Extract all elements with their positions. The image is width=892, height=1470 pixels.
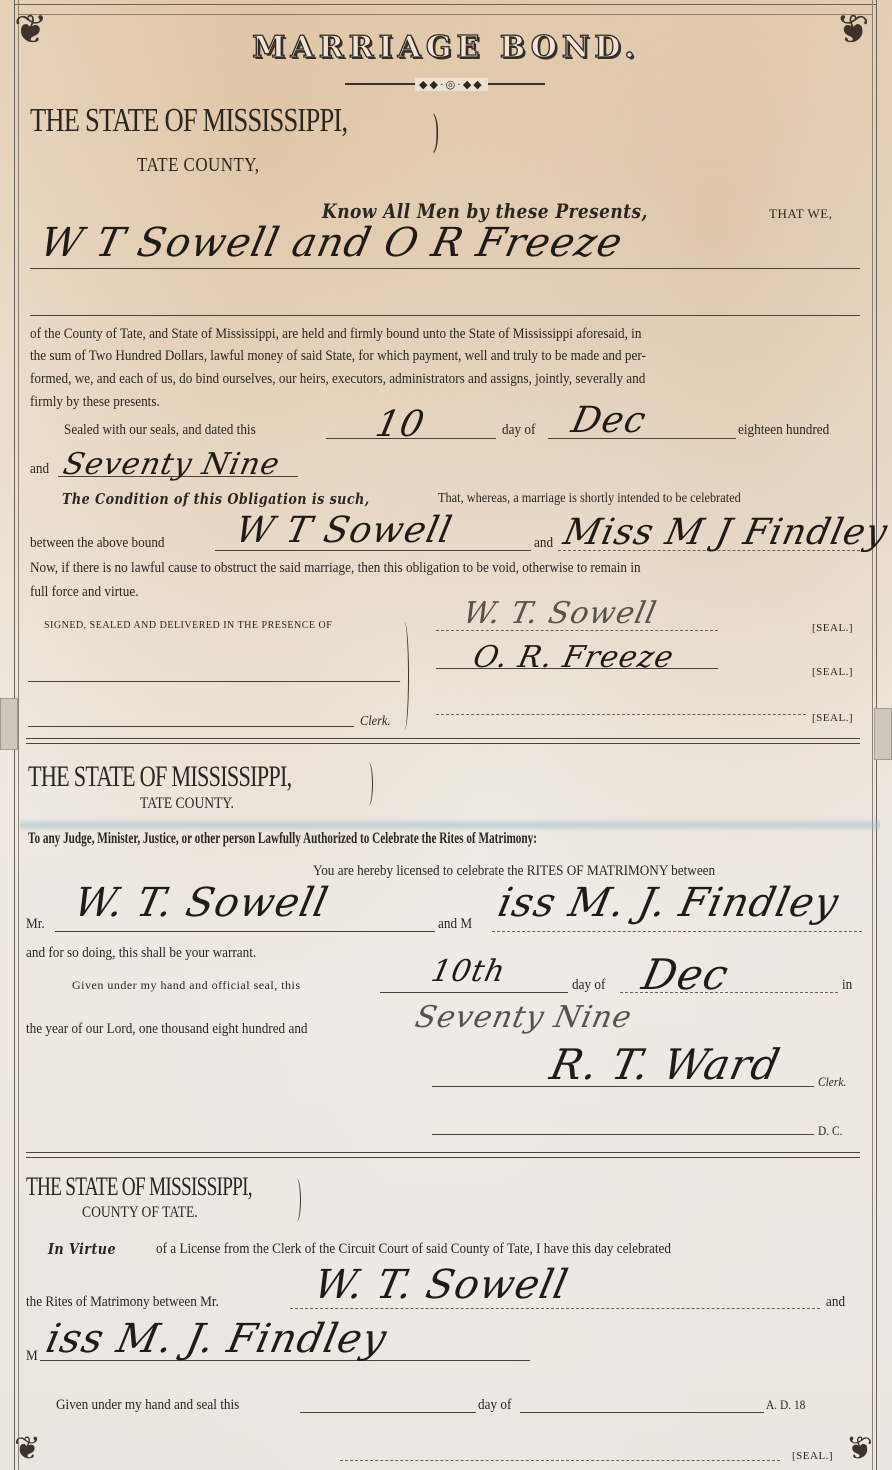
brace-icon [364, 762, 373, 806]
fold-tab [0, 698, 18, 750]
bond-state-heading: THE STATE OF MISSISSIPPI, [30, 102, 347, 140]
license-address: To any Judge, Minister, Justice, or othe… [28, 830, 537, 848]
and-label: and [30, 461, 49, 478]
virtue-text: of a License from the Clerk of the Circu… [156, 1241, 671, 1258]
border-right-inner [872, 0, 873, 1470]
brace-icon: ) [433, 104, 439, 155]
license-county: TATE COUNTY. [140, 795, 234, 813]
license-state-heading: THE STATE OF MISSISSIPPI, [28, 760, 291, 794]
condition-heading: The Condition of this Obligation is such… [62, 490, 370, 508]
that-we-label: THAT WE, [769, 206, 832, 222]
void-line: full force and virtue. [30, 584, 138, 601]
void-line: Now, if there is no lawful cause to obst… [30, 560, 641, 577]
bond-paragraph-line: the sum of Two Hundred Dollars, lawful m… [30, 348, 646, 365]
between-label: between the above bound [30, 535, 165, 552]
clerk-label: Clerk. [818, 1074, 846, 1090]
in-label: in [842, 977, 852, 994]
document-title: MARRIAGE BOND. [0, 30, 892, 65]
brace-icon [400, 622, 409, 730]
obligors-handwritten: W T Sowell and O R Freeze [36, 220, 627, 266]
in-virtue-heading: In Virtue [48, 1240, 116, 1258]
day-line [380, 992, 568, 993]
border-left-inner [18, 0, 19, 1470]
ad-label: A. D. 18 [766, 1397, 805, 1413]
groom-line [290, 1308, 820, 1309]
given-prefix: Given under my hand and official seal, t… [72, 978, 301, 993]
signature-freeze: O. R. Freeze [470, 640, 677, 675]
signature-line [340, 1460, 780, 1461]
license-day-value: 10th [428, 954, 509, 989]
month-line [520, 1412, 764, 1413]
bond-year-value: Seventy Nine [60, 447, 283, 482]
border-top-inner [18, 14, 872, 15]
floral-corner-ornament-icon: ❦ [846, 1432, 873, 1464]
day-of-label: day of [478, 1397, 511, 1414]
day-of-label: day of [502, 422, 535, 439]
license-bride-value: iss M. J. Findley [494, 880, 843, 926]
year-prefix: the year of our Lord, one thousand eight… [26, 1021, 308, 1038]
m-label: M [26, 1348, 38, 1365]
title-flourish-icon: ◆◆·◎·◆◆ [415, 78, 488, 91]
section-divider [26, 738, 860, 744]
obligors-line-2 [30, 315, 860, 316]
bond-county: TATE COUNTY, [137, 154, 259, 177]
mr-label: Mr. [26, 916, 45, 933]
day-of-label: day of [572, 977, 605, 994]
bond-groom-value: W T Sowell [232, 510, 456, 551]
dc-label: D. C. [818, 1123, 842, 1139]
license-month-value: Dec [638, 950, 733, 999]
rites-label: the Rites of Matrimony between Mr. [26, 1294, 219, 1311]
signed-sealed-label: SIGNED, SEALED AND DELIVERED IN THE PRES… [44, 620, 332, 631]
certificate-groom-value: W. T. Sowell [310, 1262, 573, 1308]
seal-label: [SEAL.] [812, 622, 853, 634]
certificate-state-heading: THE STATE OF MISSISSIPPI, [26, 1172, 252, 1202]
bond-paragraph-line: of the County of Tate, and State of Miss… [30, 326, 641, 343]
license-groom-value: W. T. Sowell [70, 880, 333, 926]
eighteen-hundred-label: eighteen hundred [738, 422, 829, 439]
seal-label: [SEAL.] [812, 666, 853, 678]
seal-label: [SEAL.] [812, 712, 853, 724]
section-divider [26, 1152, 860, 1158]
deputy-clerk-line [432, 1134, 814, 1135]
clerk-line [28, 726, 354, 727]
clerk-signature: R. T. Ward [546, 1040, 785, 1089]
certificate-county: COUNTY OF TATE. [82, 1204, 198, 1222]
condition-text: That, whereas, a marriage is shortly int… [438, 491, 741, 507]
sealed-prefix: Sealed with our seals, and dated this [64, 422, 256, 439]
given-prefix: Given under my hand and seal this [56, 1397, 239, 1414]
license-year-value: Seventy Nine [412, 1000, 635, 1035]
fold-tab [874, 708, 892, 760]
seal-label: [SEAL.] [792, 1450, 833, 1462]
bond-bride-value: Miss M J Findley [560, 512, 892, 553]
bond-month-value: Dec [568, 400, 650, 441]
bond-paragraph-line: firmly by these presents. [30, 394, 160, 411]
border-top [14, 4, 876, 5]
obligors-line [30, 268, 860, 269]
signature-line [436, 714, 806, 715]
floral-corner-ornament-icon: ❦ [14, 1432, 41, 1464]
day-line [300, 1412, 476, 1413]
signature-sowell: W. T. Sowell [460, 596, 660, 631]
groom-line [55, 931, 435, 932]
bond-paragraph-line: formed, we, and each of us, do bind ours… [30, 371, 645, 388]
witness-line [28, 681, 400, 682]
and-short-label: and [534, 535, 553, 552]
warrant-text: and for so doing, this shall be your war… [26, 945, 256, 962]
licensed-text: You are hereby licensed to celebrate the… [313, 863, 715, 880]
bride-line [492, 931, 862, 932]
certificate-bride-value: iss M. J. Findley [42, 1316, 391, 1362]
and-m-label: and M [438, 916, 472, 933]
bond-day-value: 10 [372, 404, 429, 445]
and-label: and [826, 1294, 845, 1311]
brace-icon [292, 1178, 301, 1222]
clerk-label: Clerk. [360, 714, 390, 730]
